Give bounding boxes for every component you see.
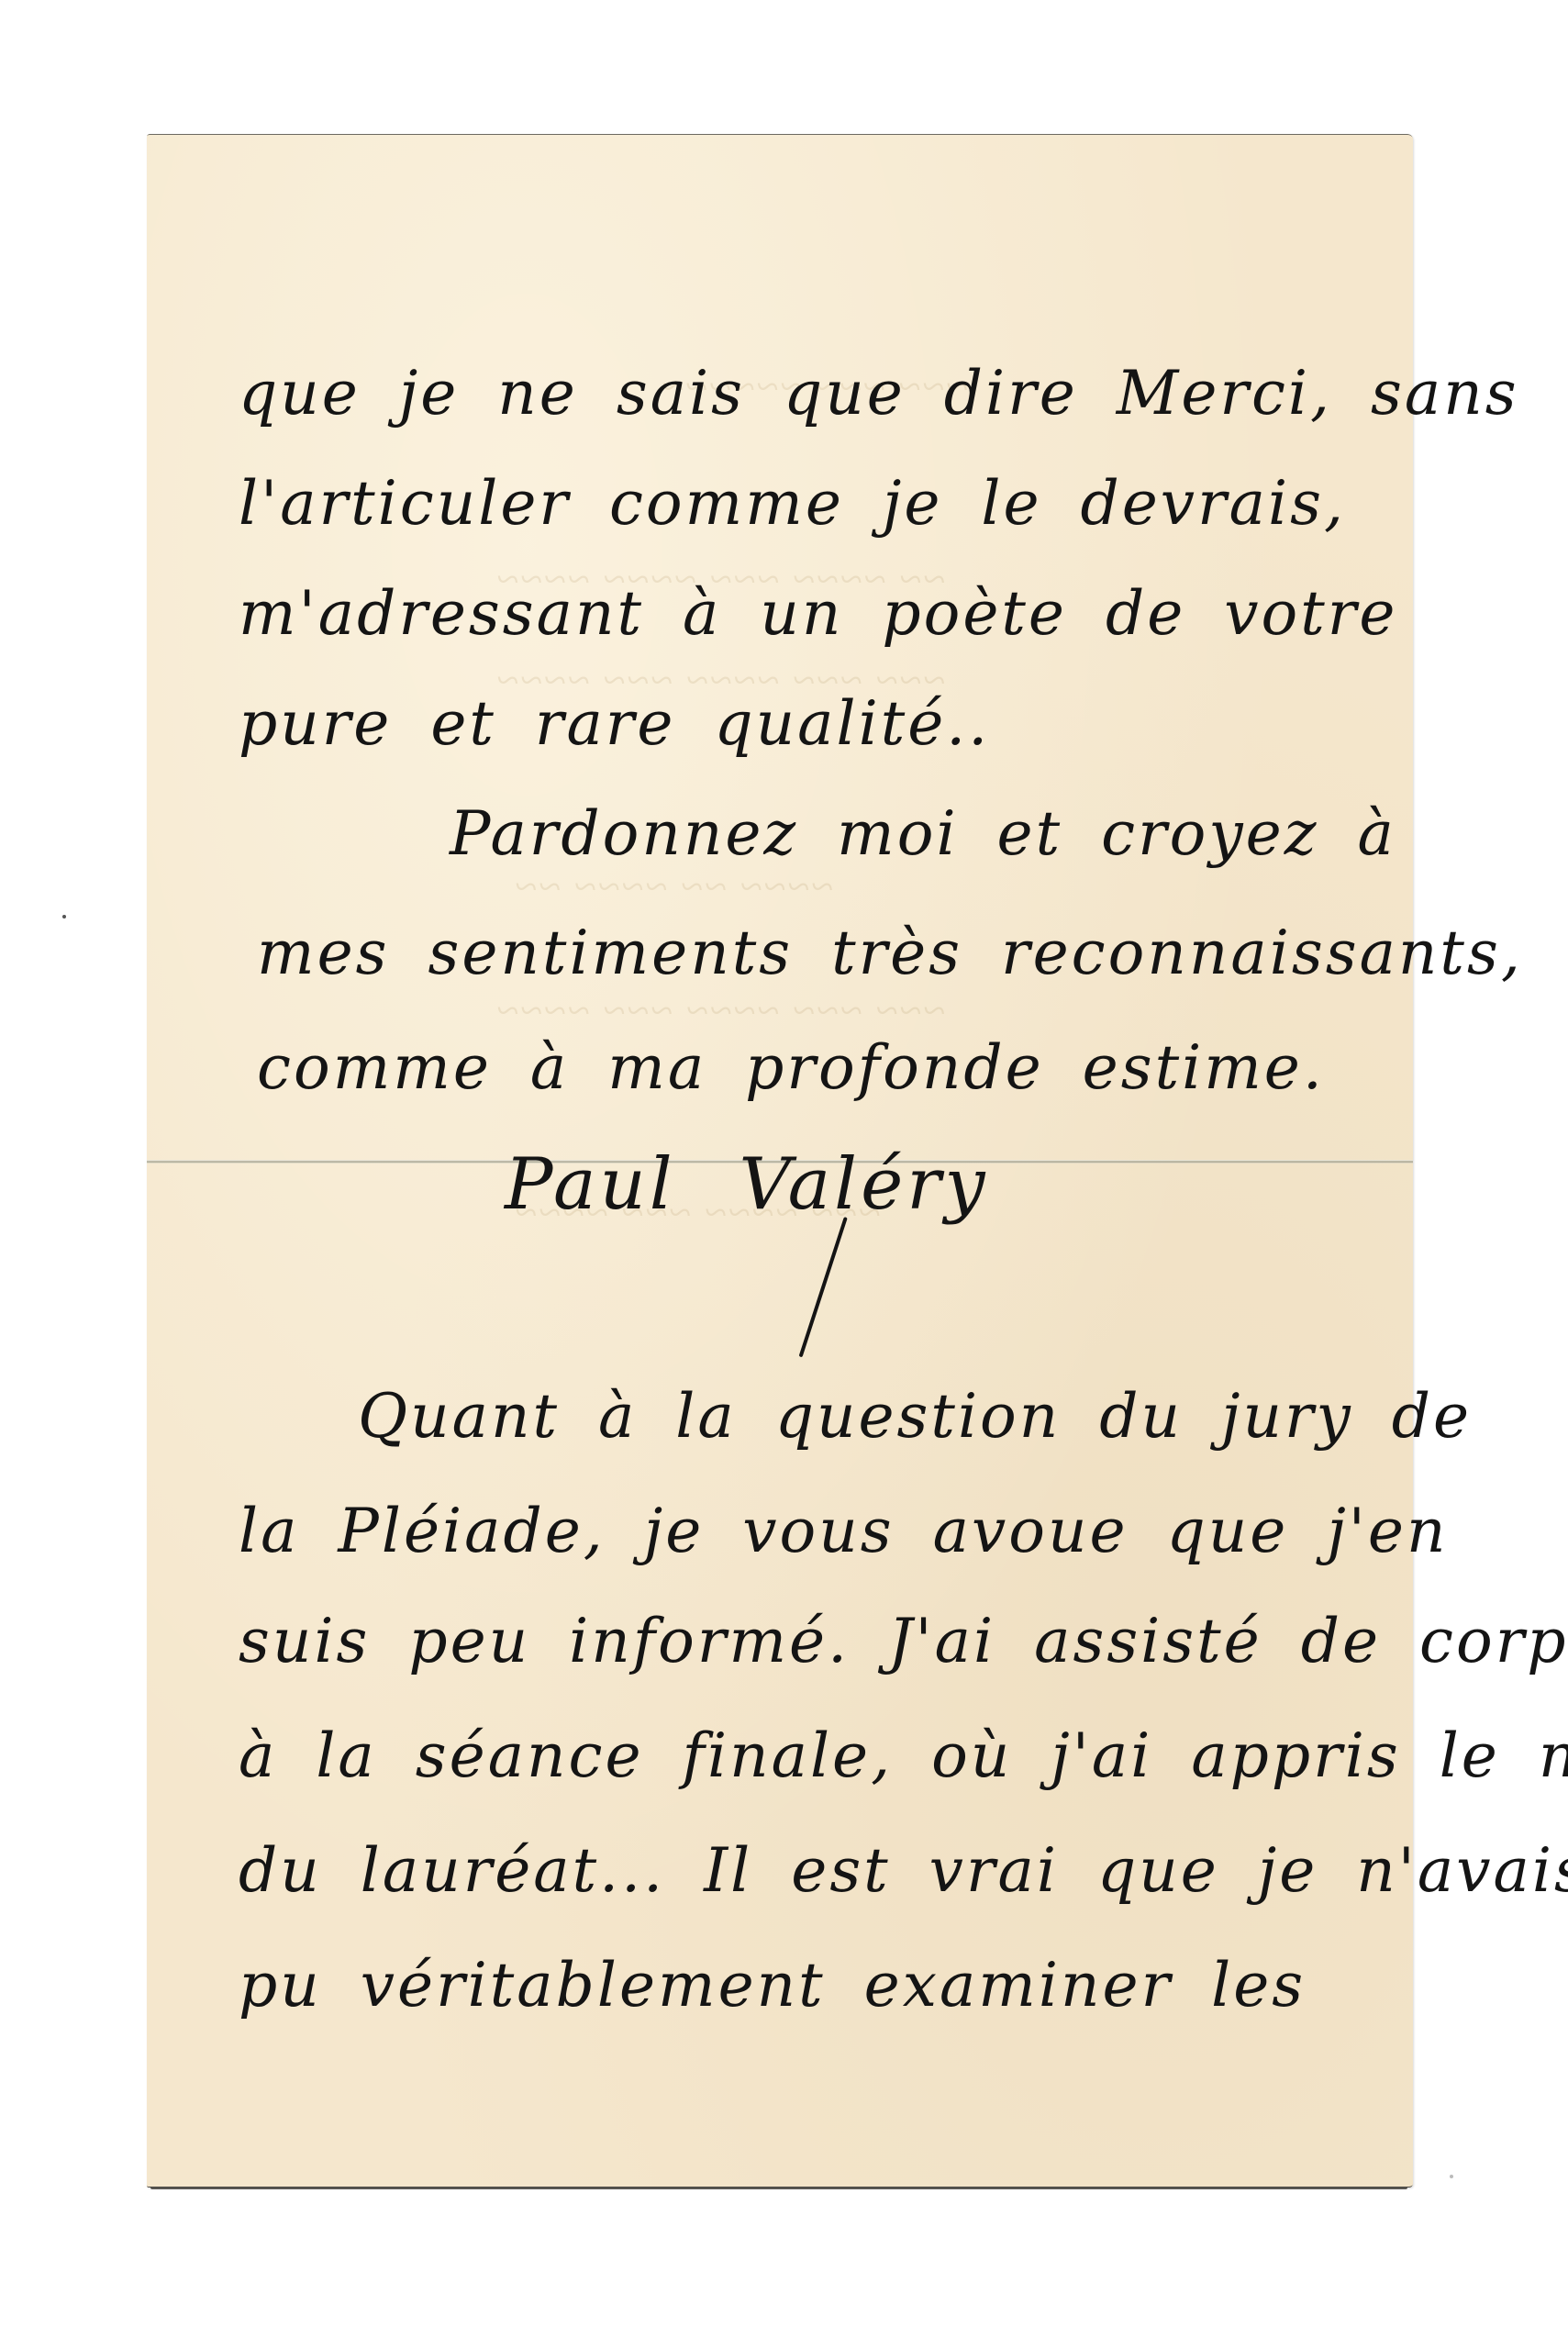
- bleed-through-text: ~~~ ~~~ ~~~~ ~~~ ~~~~: [495, 987, 946, 1034]
- handwritten-line: la Pléiade, je vous avoue que j'en: [239, 1501, 1449, 1562]
- handwritten-line: comme à ma profonde estime.: [257, 1038, 1325, 1098]
- signature: Paul Valéry: [505, 1143, 989, 1226]
- handwritten-line: suis peu informé. J'ai assisté de corps: [239, 1611, 1568, 1672]
- scan-background: ~~~ ~~~ ~~~~~~ ~~ ~~~~ ~~~ ~~~~ ~~~~ ~~~…: [0, 0, 1568, 2349]
- handwritten-line: du lauréat... Il est vrai que je n'avais: [239, 1841, 1568, 1901]
- handwritten-line: que je ne sais que dire Merci, sans: [239, 363, 1519, 424]
- signature-flourish: [799, 1217, 848, 1357]
- handwritten-line: pure et rare qualité..: [239, 694, 990, 754]
- handwritten-line: Pardonnez moi et croyez à: [450, 804, 1396, 864]
- handwritten-line: mes sentiments très reconnaissants,: [257, 923, 1523, 984]
- dust-speck: [62, 915, 66, 918]
- handwritten-line: Quant à la question du jury de: [358, 1386, 1472, 1447]
- letter-page: ~~~ ~~~ ~~~~~~ ~~ ~~~~ ~~~ ~~~~ ~~~~ ~~~…: [147, 134, 1413, 2188]
- dust-speck: [1450, 2175, 1453, 2178]
- handwritten-line: l'articuler comme je le devrais,: [239, 473, 1346, 534]
- bleed-through-text: ~~~~ ~~ ~~~~ ~~: [514, 863, 834, 910]
- handwritten-line: à la séance finale, où j'ai appris le no…: [239, 1726, 1568, 1787]
- handwritten-line: pu véritablement examiner les: [239, 1955, 1306, 2016]
- handwritten-line: m'adressant à un poète de votre: [239, 584, 1397, 644]
